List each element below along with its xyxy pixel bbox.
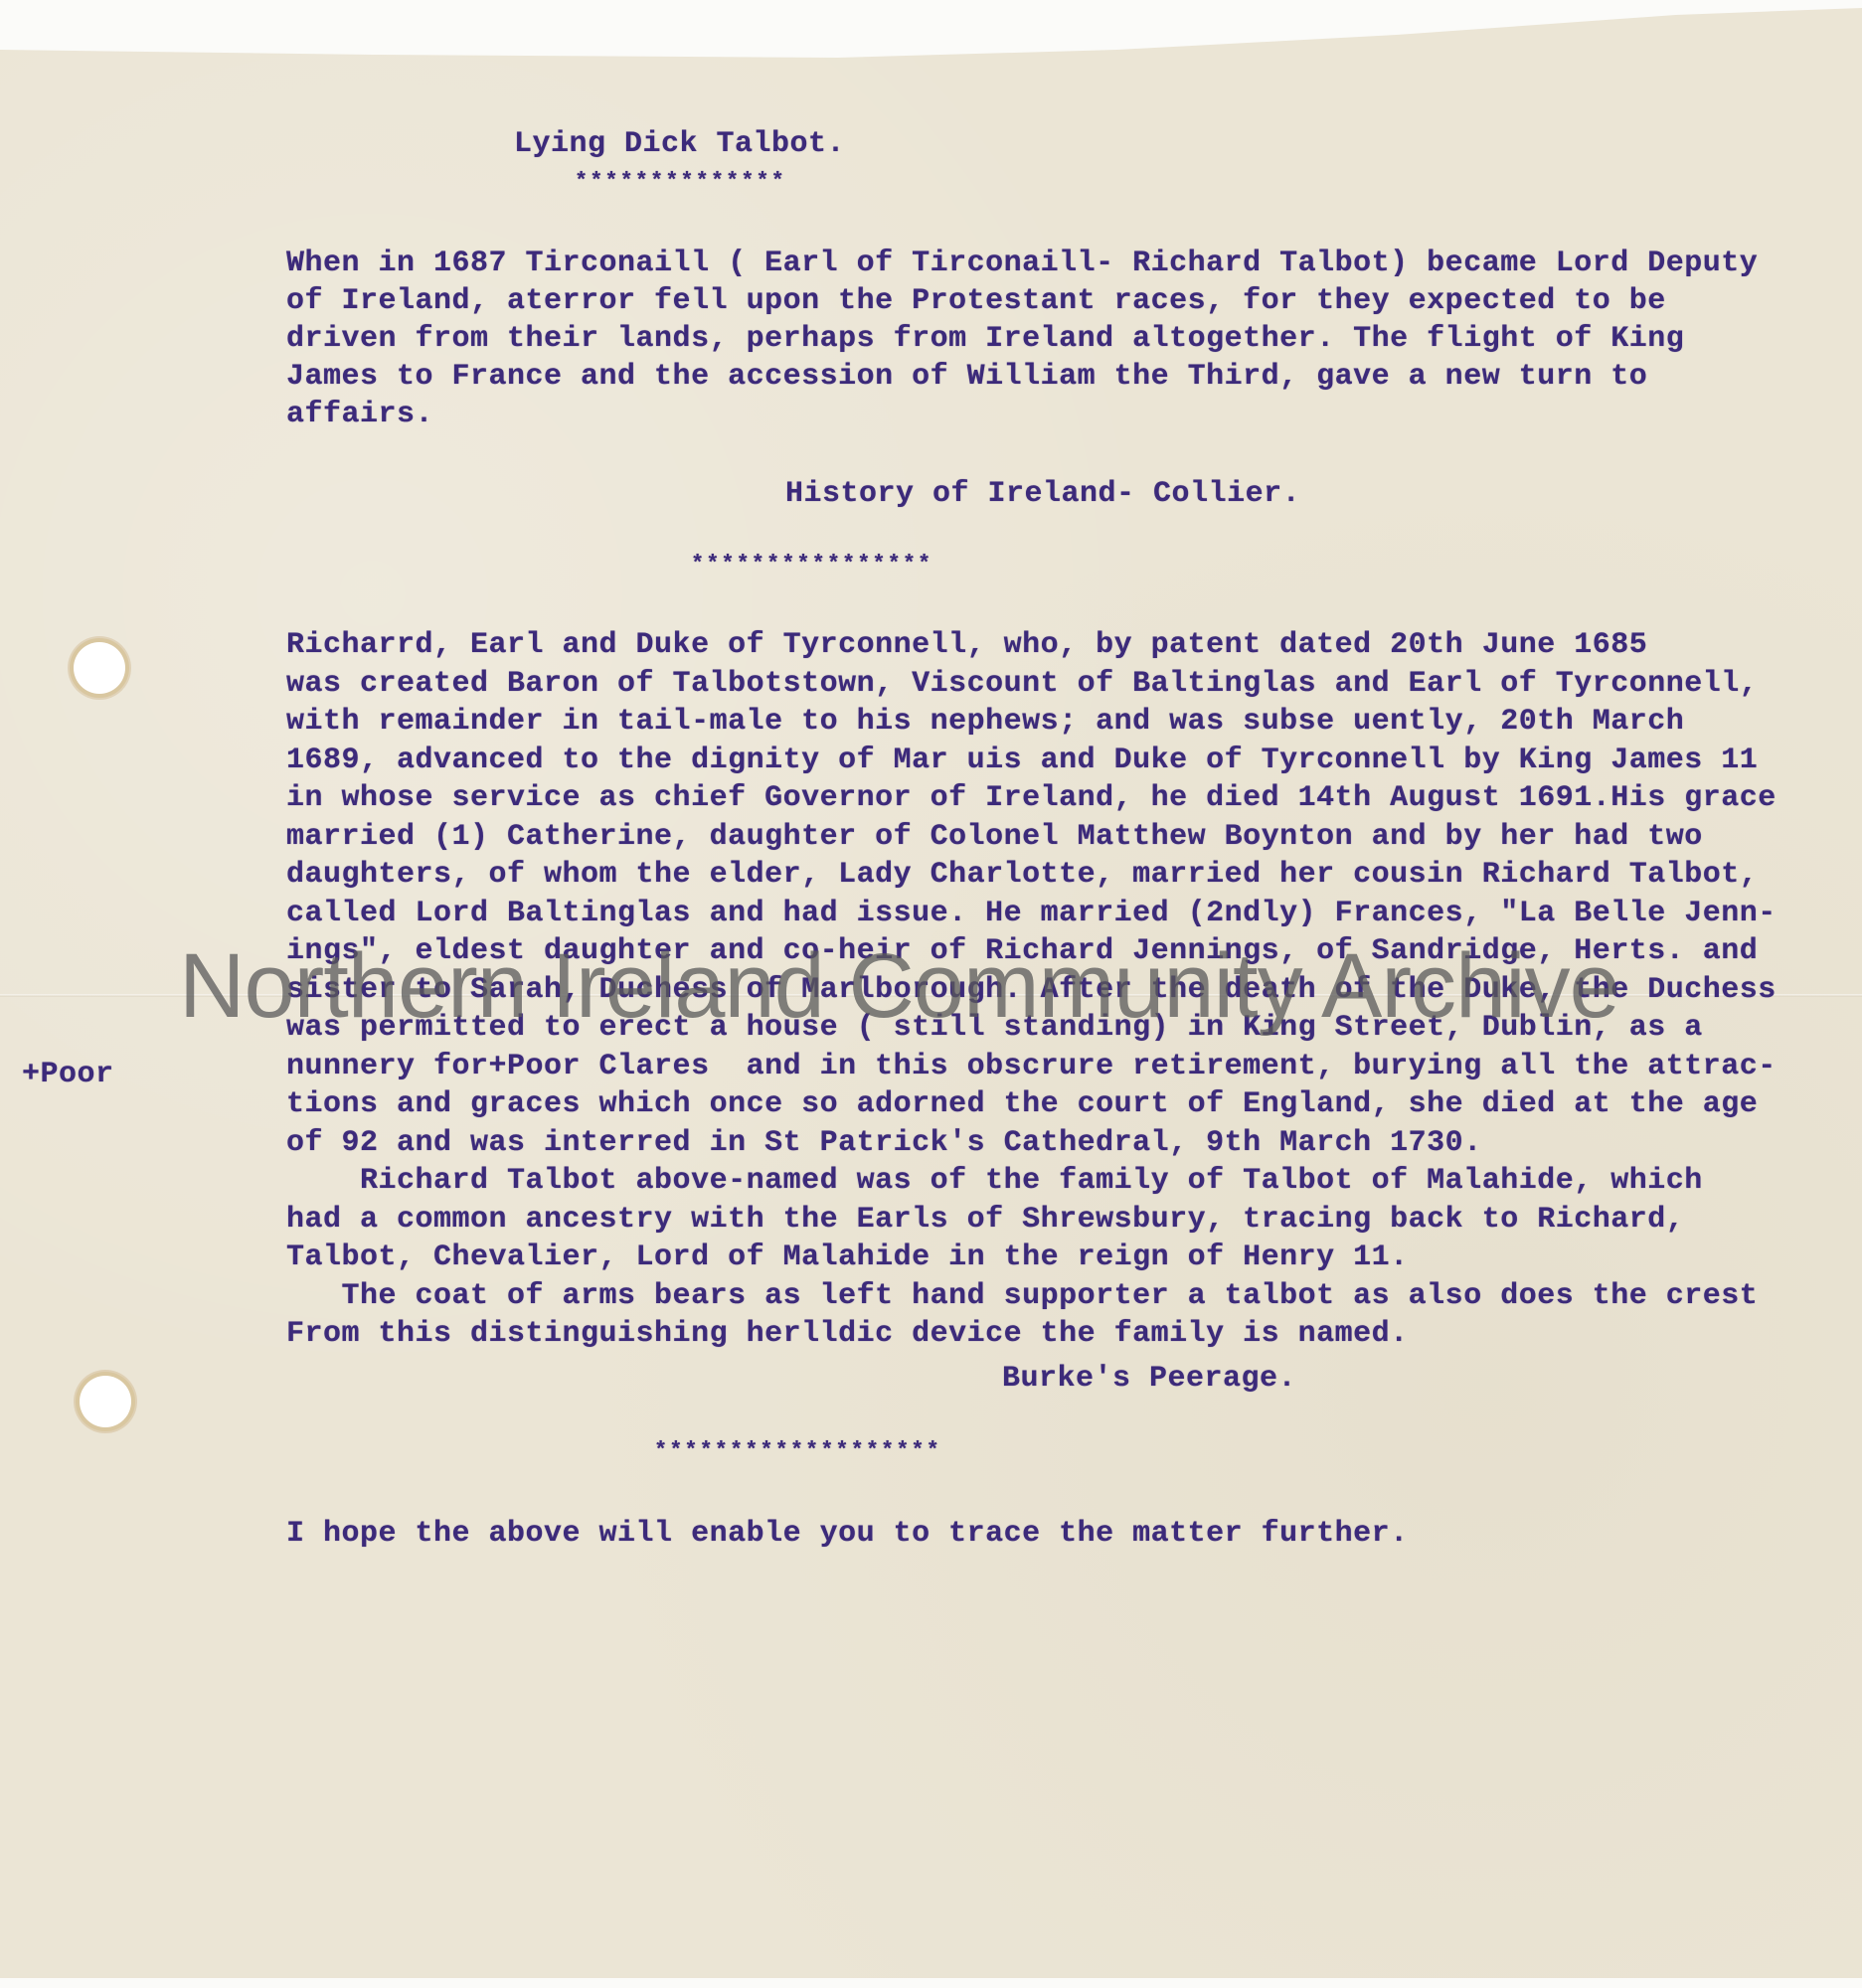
text-line: nunnery for+Poor Clares and in this obsc… [286, 1050, 1777, 1083]
text-line: The coat of arms bears as left hand supp… [286, 1279, 1758, 1313]
typed-letter-page: Lying Dick Talbot. ************** When i… [0, 0, 1862, 1978]
punch-hole-bottom [80, 1376, 131, 1427]
text-line: had a common ancestry with the Earls of … [286, 1203, 1684, 1237]
section1-paragraph: When in 1687 Tirconaill ( Earl of Tircon… [286, 247, 1837, 435]
divider-stars-1: **************** [691, 552, 932, 577]
divider-stars-2: ******************* [654, 1438, 941, 1463]
text-line: was created Baron of Talbotstown, Viscou… [286, 667, 1758, 701]
text-line: Talbot, Chevalier, Lord of Malahide in t… [286, 1241, 1409, 1274]
section1-source-citation: History of Ireland- Collier. [785, 477, 1300, 511]
text-line: sister to Sarah, Duchess of Marlborough.… [286, 973, 1777, 1007]
text-line: Richarrd, Earl and Duke of Tyrconnell, w… [286, 628, 1647, 662]
text-line: James to France and the accession of Wil… [286, 360, 1647, 394]
text-line: tions and graces which once so adorned t… [286, 1087, 1758, 1121]
text-line: called Lord Baltinglas and had issue. He… [286, 897, 1777, 930]
text-line: of Ireland, aterror fell upon the Protes… [286, 284, 1666, 318]
section2-paragraph: Richarrd, Earl and Duke of Tyrconnell, w… [286, 628, 1857, 1364]
text-line: in whose service as chief Governor of Ir… [286, 781, 1777, 815]
text-line: affairs. [286, 398, 433, 431]
punch-hole-top [74, 642, 125, 694]
text-line: When in 1687 Tirconaill ( Earl of Tircon… [286, 247, 1758, 280]
margin-note: +Poor [22, 1058, 114, 1091]
section2-source-citation: Burke's Peerage. [1002, 1362, 1296, 1396]
text-line: with remainder in tail-male to his nephe… [286, 705, 1684, 739]
text-line: 1689, advanced to the dignity of Mar uis… [286, 744, 1758, 777]
text-line: married (1) Catherine, daughter of Colon… [286, 820, 1703, 854]
text-line: Richard Talbot above-named was of the fa… [286, 1164, 1703, 1198]
text-line: was permitted to erect a house ( still s… [286, 1011, 1703, 1045]
document-title: Lying Dick Talbot. [514, 127, 845, 161]
title-underline-stars: ************** [575, 169, 786, 194]
text-line: of 92 and was interred in St Patrick's C… [286, 1126, 1482, 1160]
closing-sentence: I hope the above will enable you to trac… [286, 1517, 1409, 1551]
text-line: ings", eldest daughter and co-heir of Ri… [286, 934, 1758, 968]
text-line: From this distinguishing herlldic device… [286, 1317, 1409, 1351]
text-line: daughters, of whom the elder, Lady Charl… [286, 858, 1758, 892]
text-line: driven from their lands, perhaps from Ir… [286, 322, 1684, 356]
